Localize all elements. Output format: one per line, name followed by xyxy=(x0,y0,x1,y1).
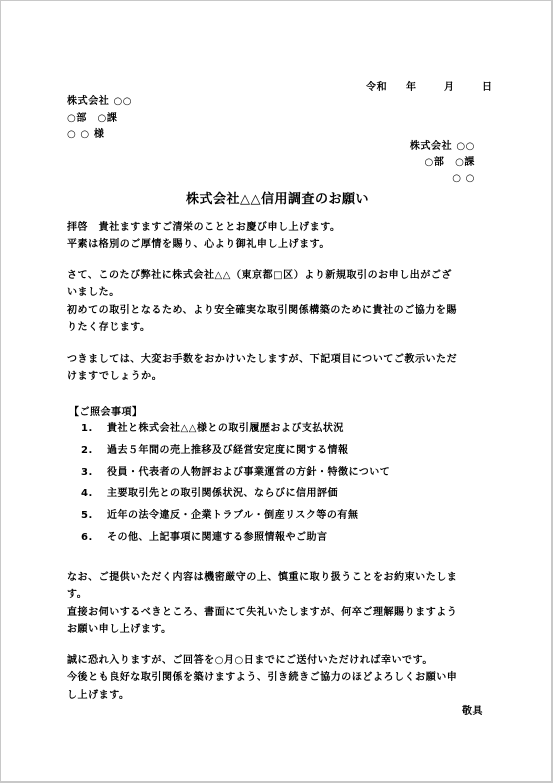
body-paragraph-deadline: 誠に恐れ入りますが、ご回答を○月○日までにご送付いただければ幸いです。 今後とも… xyxy=(67,652,497,704)
date-line: 令和年月日 xyxy=(366,82,493,94)
item-number: 3. xyxy=(81,467,107,479)
body-line: いました。 xyxy=(67,284,497,301)
body-line: す。 xyxy=(67,586,497,603)
body-paragraph-confidentiality: なお、ご提供いただく内容は機密厳守の上、慎重に取り扱うことをお約束いたしま す。… xyxy=(67,569,497,638)
greeting-line: 拝啓 貴社ますますご清栄のこととお慶び申し上げます。 xyxy=(67,219,497,236)
date-month: 月 xyxy=(444,82,482,94)
letter-page: 令和年月日 株式会社 ○○ ○部 ○課 ○ ○ 様 株式会社 ○○ ○部 ○課 … xyxy=(0,0,553,783)
item-text: その他、上記事項に関連する参照情報やご助言 xyxy=(107,532,328,543)
greeting-line: 平素は格別のご厚情を賜り、心より御礼申し上げます。 xyxy=(67,236,497,253)
body-line: つきましては、大変お手数をおかけいたしますが、下記項目についてご教示いただ xyxy=(67,351,497,368)
inquiry-item: 1.貴社と株式会社△△様との取引履歴および支払状況 xyxy=(81,423,390,445)
sender-company: 株式会社 ○○ xyxy=(410,141,475,153)
inquiry-item: 6.その他、上記事項に関連する参照情報やご助言 xyxy=(81,532,390,554)
body-line: なお、ご提供いただく内容は機密厳守の上、慎重に取り扱うことをお約束いたしま xyxy=(67,569,497,586)
date-year: 年 xyxy=(406,82,444,94)
body-line: さて、このたび弊社に株式会社△△（東京都□区）より新規取引のお申し出がござ xyxy=(67,267,497,284)
body-line: お願い申し上げます。 xyxy=(67,621,497,638)
item-text: 近年の法令違反・企業トラブル・倒産リスク等の有無 xyxy=(107,510,358,521)
item-text: 役員・代表者の人物評および事業運営の方針・特徴について xyxy=(107,467,390,478)
item-number: 6. xyxy=(81,532,107,544)
recipient-department: ○部 ○課 xyxy=(67,113,117,125)
closing-phrase: 敬具 xyxy=(462,702,483,717)
sender-department: ○部 ○課 xyxy=(425,157,475,169)
body-line: 初めての取引となるため、より安全確実な取引関係構築のために貴社のご協力を賜 xyxy=(67,302,497,319)
item-number: 1. xyxy=(81,423,107,435)
body-line: りたく存じます。 xyxy=(67,319,497,336)
inquiry-item: 3.役員・代表者の人物評および事業運営の方針・特徴について xyxy=(81,467,390,489)
item-number: 5. xyxy=(81,510,107,522)
body-line: けますでしょうか。 xyxy=(67,368,497,385)
body-line: 今後とも良好な取引関係を築けますよう、引き続きご協力のほどよろしくお願い申 xyxy=(67,669,497,686)
inquiry-item: 5.近年の法令違反・企業トラブル・倒産リスク等の有無 xyxy=(81,510,390,532)
sender-name: ○ ○ xyxy=(452,173,475,185)
item-number: 2. xyxy=(81,445,107,457)
inquiry-item: 2.過去５年間の売上推移及び経営安定度に関する情報 xyxy=(81,445,390,467)
letter-title: 株式会社△△信用調査のお願い xyxy=(1,192,553,208)
inquiry-heading: 【ご照会事項】 xyxy=(69,403,143,418)
body-paragraph-request: さて、このたび弊社に株式会社△△（東京都□区）より新規取引のお申し出がござ いま… xyxy=(67,267,497,336)
body-line: し上げます。 xyxy=(67,687,497,704)
item-number: 4. xyxy=(81,488,107,500)
item-text: 主要取引先との取引関係状況、ならびに信用評価 xyxy=(107,488,338,499)
greeting-paragraph: 拝啓 貴社ますますご清栄のこととお慶び申し上げます。 平素は格別のご厚情を賜り、… xyxy=(67,219,497,254)
date-day: 日 xyxy=(482,82,493,94)
inquiry-item: 4.主要取引先との取引関係状況、ならびに信用評価 xyxy=(81,488,390,510)
date-era: 令和 xyxy=(366,82,406,94)
body-line: 直接お伺いするべきところ、書面にて失礼いたしますが、何卒ご理解賜りますよう xyxy=(67,604,497,621)
recipient-name: ○ ○ 様 xyxy=(67,129,104,141)
body-paragraph-inquiry-intro: つきましては、大変お手数をおかけいたしますが、下記項目についてご教示いただ けま… xyxy=(67,351,497,386)
item-text: 貴社と株式会社△△様との取引履歴および支払状況 xyxy=(107,423,344,434)
recipient-company: 株式会社 ○○ xyxy=(67,96,132,108)
item-text: 過去５年間の売上推移及び経営安定度に関する情報 xyxy=(107,445,349,456)
body-line: 誠に恐れ入りますが、ご回答を○月○日までにご送付いただければ幸いです。 xyxy=(67,652,497,669)
inquiry-list: 1.貴社と株式会社△△様との取引履歴および支払状況 2.過去５年間の売上推移及び… xyxy=(81,423,390,554)
